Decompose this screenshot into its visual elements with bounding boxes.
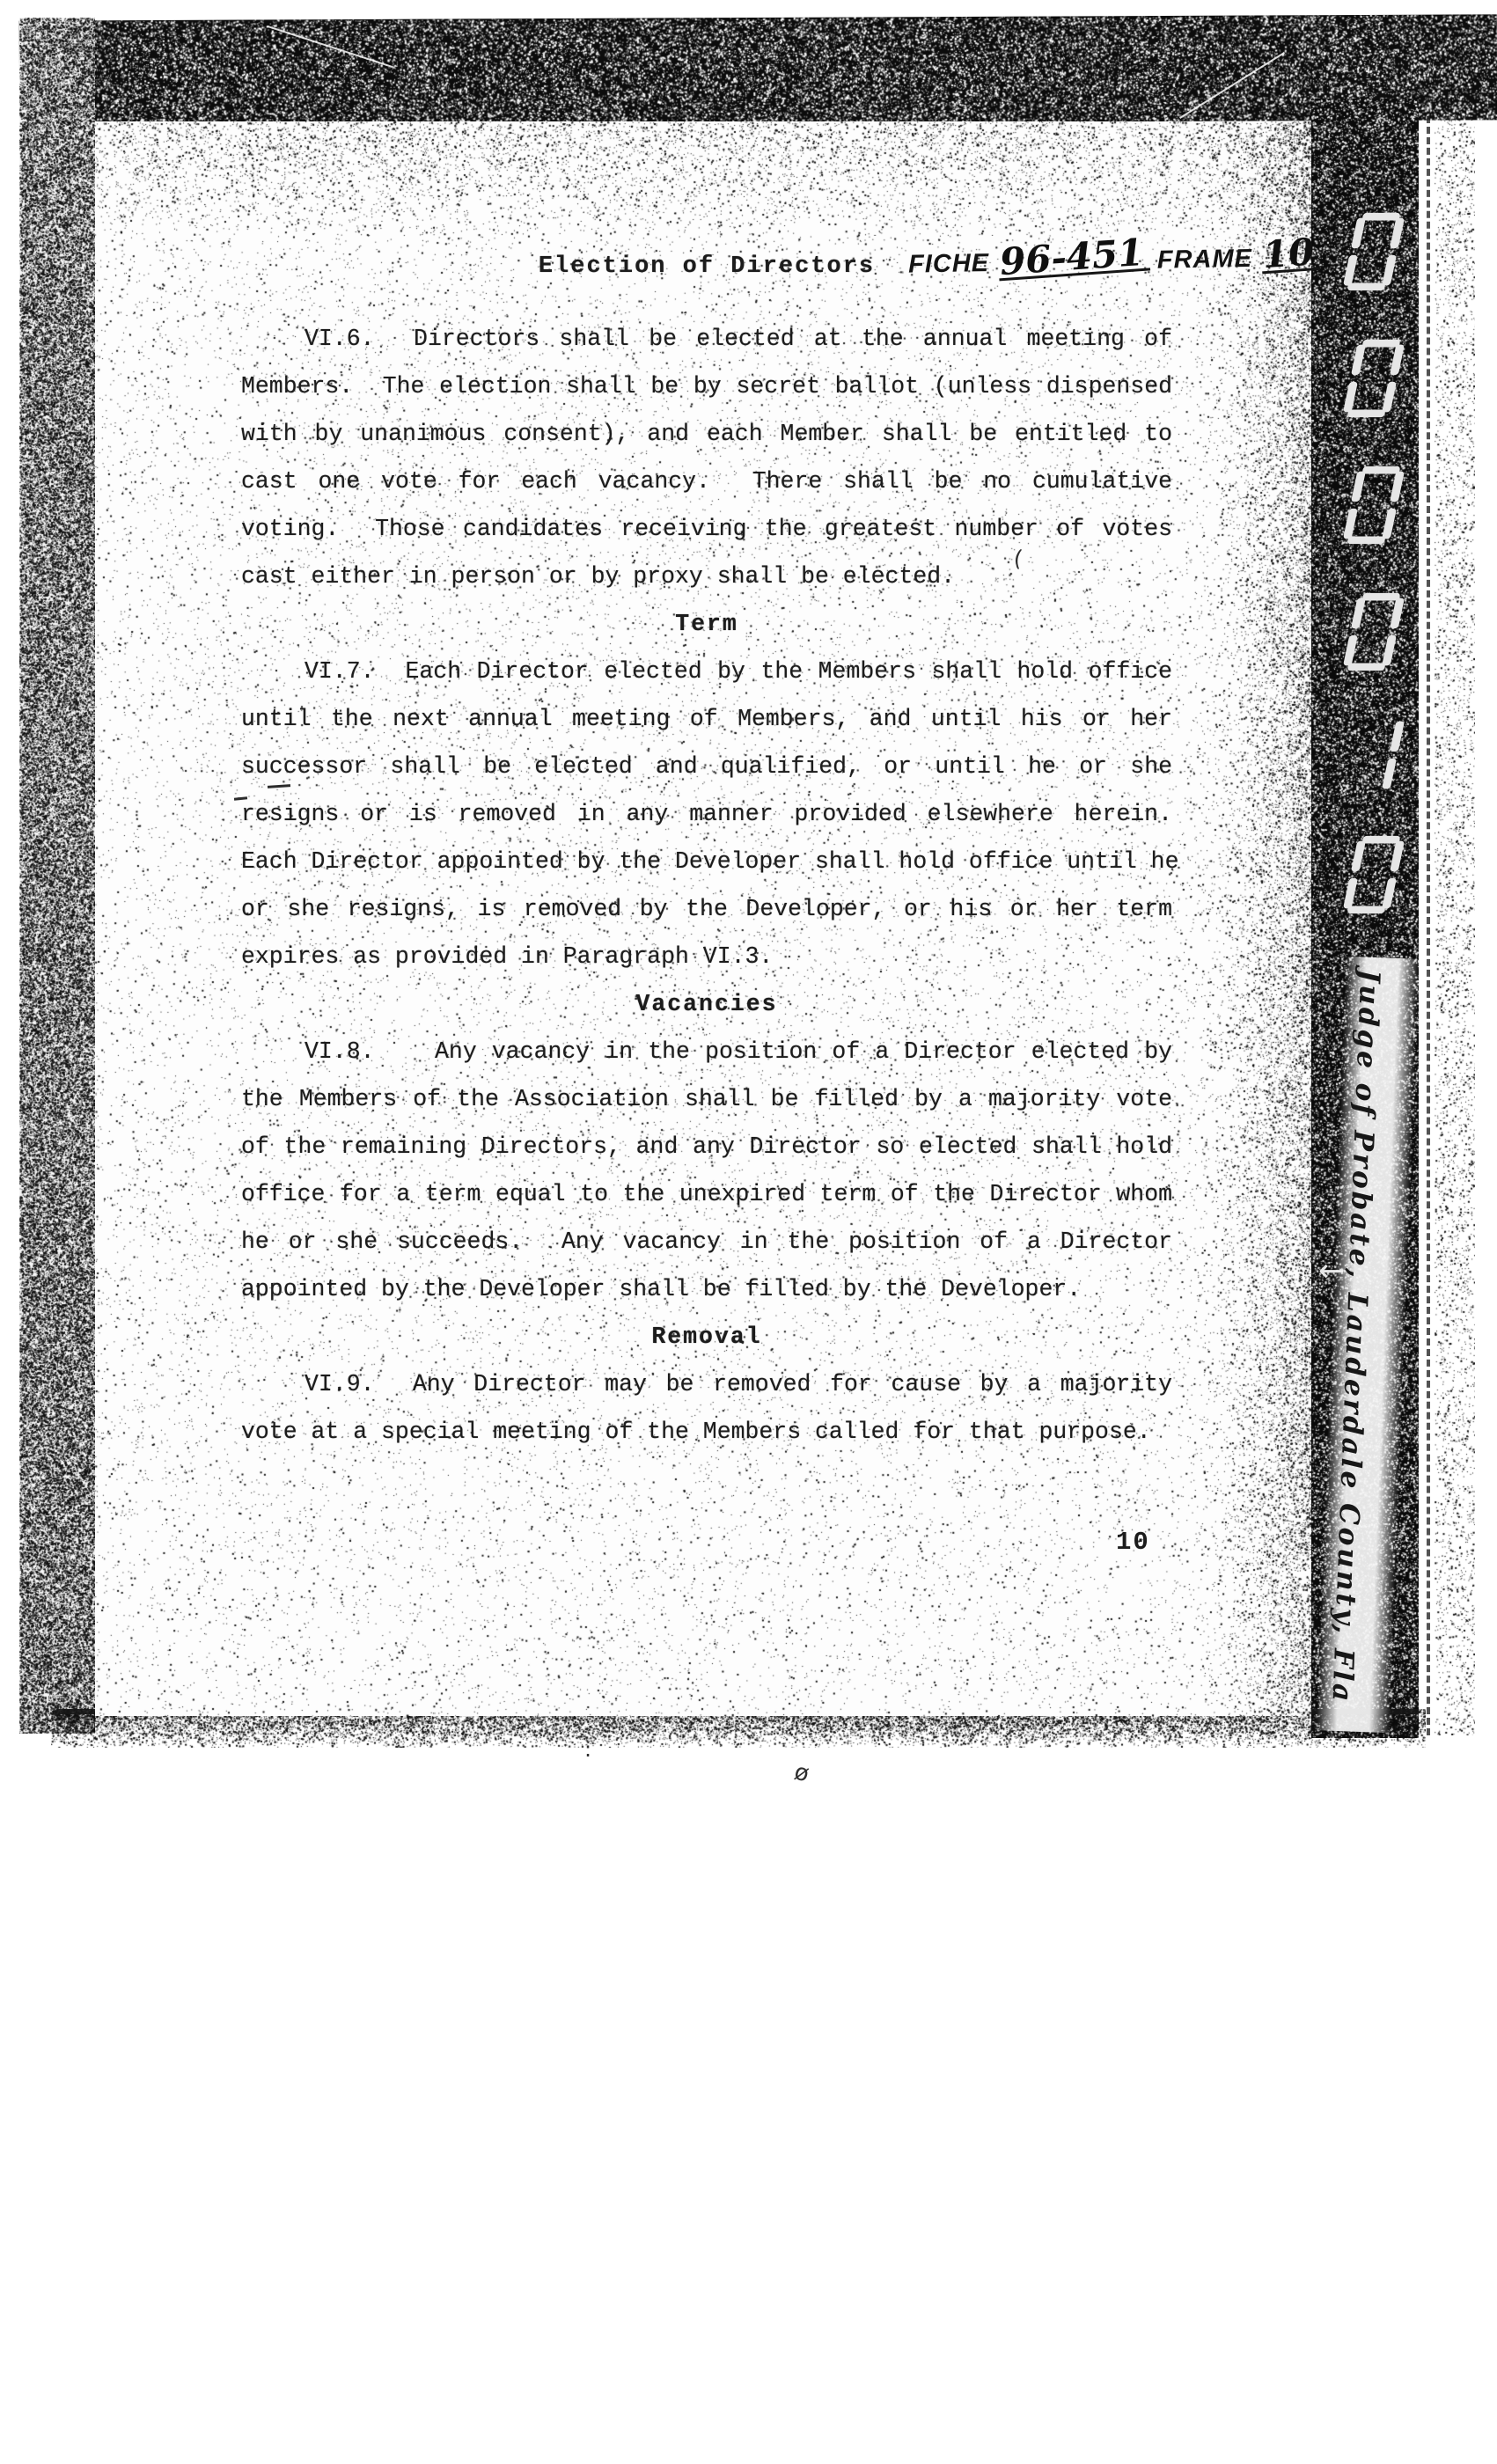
page-right-speckle <box>1178 121 1311 1716</box>
body-line: with by unanimous consent), and each Mem… <box>241 410 1172 458</box>
fiche-number-handwritten: 96-451 <box>996 236 1149 281</box>
page-top-speckle <box>95 121 1311 236</box>
ink-dot-mark: : <box>584 1737 591 1762</box>
body-line: Members. The election shall be by secret… <box>241 363 1172 410</box>
body-line: expires as provided in Paragraph VI.3. <box>241 933 1172 980</box>
scan-left-edge-strip <box>19 18 95 1734</box>
body-line: or she resigns, is removed by the Develo… <box>241 885 1172 933</box>
fiche-frame-annotation: FICHE 96-451 FRAME 10 <box>908 238 1279 279</box>
scanned-document: ← Judge of Probate, Lauderdale County, F… <box>0 0 1497 2464</box>
scan-top-edge-band <box>19 14 1497 126</box>
body-line: VI.8. Any vacancy in the position of a D… <box>241 1028 1172 1075</box>
body-line: resigns or is removed in any manner prov… <box>241 790 1172 838</box>
document-header: Election of Directors FICHE 96-451 FRAME… <box>241 253 1172 315</box>
body-line: vote at a special meeting of the Members… <box>241 1408 1172 1456</box>
body-line: of the remaining Directors, and any Dire… <box>241 1123 1172 1170</box>
body-line: he or she succeeds. Any vacancy in the p… <box>241 1218 1172 1265</box>
page-number: 10 <box>1116 1528 1150 1557</box>
body-line: successor shall be elected and qualified… <box>241 743 1172 790</box>
body-line: office for a term equal to the unexpired… <box>241 1170 1172 1218</box>
frame-label: FRAME <box>1157 245 1253 275</box>
body-line: the Members of the Association shall be … <box>241 1075 1172 1123</box>
body-line: VI.9. Any Director may be removed for ca… <box>241 1360 1172 1408</box>
document-body-text: VI.6. Directors shall be elected at the … <box>241 315 1172 1456</box>
fiche-label: FICHE <box>908 249 990 279</box>
frame-number-handwritten: 10 <box>1259 236 1320 275</box>
body-line: appointed by the Developer shall be fill… <box>241 1265 1172 1313</box>
section-heading: Vacancies <box>241 980 1172 1028</box>
body-line: VI.6. Directors shall be elected at the … <box>241 315 1172 363</box>
scan-right-margin-noise <box>1435 116 1475 1735</box>
body-line: cast one vote for each vacancy. There sh… <box>241 458 1172 505</box>
body-line: cast either in person or by proxy shall … <box>241 553 1172 600</box>
body-line: until the next annual meeting of Members… <box>241 695 1172 743</box>
section-heading: Removal <box>241 1313 1172 1360</box>
section-heading: Term <box>241 600 1172 648</box>
document-page: Election of Directors FICHE 96-451 FRAME… <box>95 121 1311 1716</box>
body-line: Each Director appointed by the Developer… <box>241 838 1172 885</box>
body-line: VI.7. Each Director elected by the Membe… <box>241 648 1172 695</box>
body-line: voting. Those candidates receiving the g… <box>241 505 1172 553</box>
film-sprocket-line <box>1427 116 1430 1735</box>
ink-squiggle-mark: ø <box>792 1759 812 1788</box>
